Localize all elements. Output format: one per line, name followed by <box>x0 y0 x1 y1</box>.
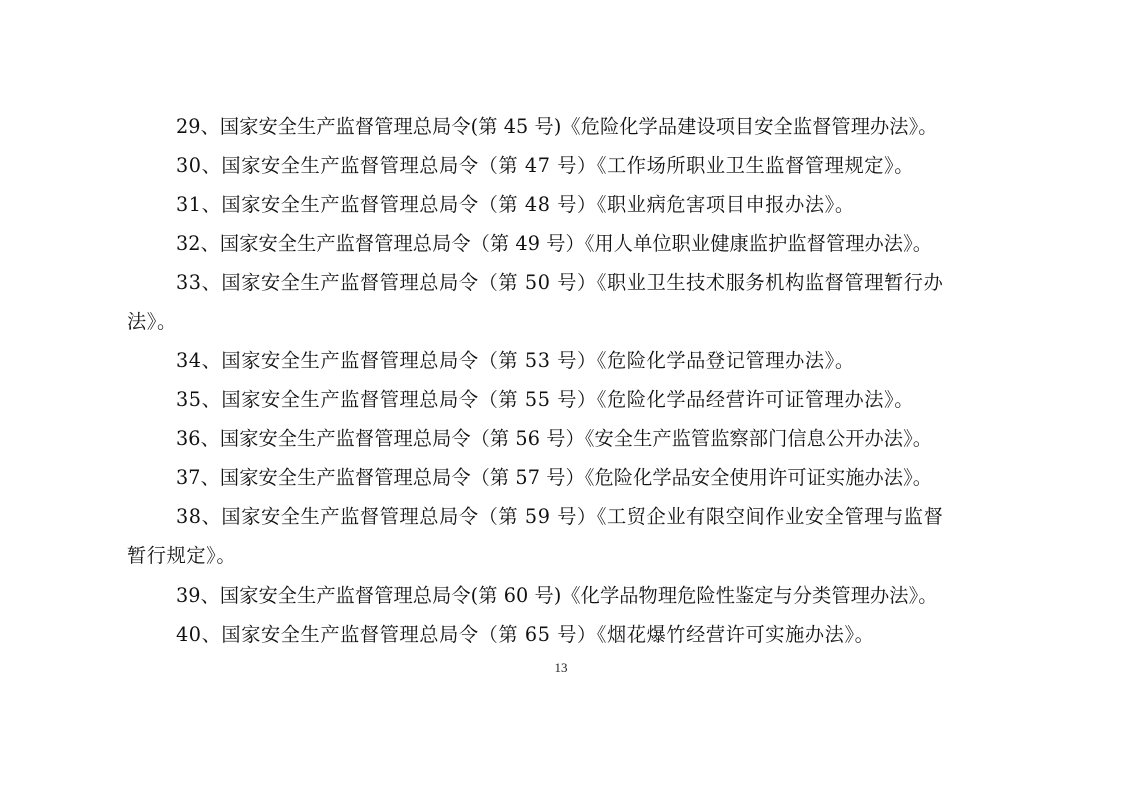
list-item-32: 32、国家安全生产监督管理总局令（第 49 号）《用人单位职业健康监护监督管理办… <box>176 229 968 259</box>
list-item-34: 34、国家安全生产监督管理总局令（第 53 号）《危险化学品登记管理办法》。 <box>176 346 968 376</box>
list-item-38-line1: 38、国家安全生产监督管理总局令（第 59 号）《工贸企业有限空间作业安全管理与… <box>176 502 968 532</box>
list-item-29: 29、国家安全生产监督管理总局令(第 45 号)《危险化学品建设项目安全监督管理… <box>176 112 968 142</box>
list-item-35: 35、国家安全生产监督管理总局令（第 55 号）《危险化学品经营许可证管理办法》… <box>176 385 968 415</box>
list-item-39: 39、国家安全生产监督管理总局令(第 60 号)《化学品物理危险性鉴定与分类管理… <box>176 581 968 611</box>
list-item-38-line2: 暂行规定》。 <box>127 541 967 571</box>
list-item-37: 37、国家安全生产监督管理总局令（第 57 号）《危险化学品安全使用许可证实施办… <box>176 463 968 493</box>
list-item-30: 30、国家安全生产监督管理总局令（第 47 号）《工作场所职业卫生监督管理规定》… <box>176 151 968 181</box>
list-item-33-line2: 法》。 <box>127 307 967 337</box>
list-item-33-line1: 33、国家安全生产监督管理总局令（第 50 号）《职业卫生技术服务机构监督管理暂… <box>176 268 968 298</box>
document-page: 29、国家安全生产监督管理总局令(第 45 号)《危险化学品建设项目安全监督管理… <box>0 0 1122 793</box>
page-number: 13 <box>0 659 1122 677</box>
list-item-40: 40、国家安全生产监督管理总局令（第 65 号）《烟花爆竹经营许可实施办法》。 <box>176 620 968 650</box>
list-item-31: 31、国家安全生产监督管理总局令（第 48 号）《职业病危害项目申报办法》。 <box>176 190 968 220</box>
list-item-36: 36、国家安全生产监督管理总局令（第 56 号）《安全生产监管监察部门信息公开办… <box>176 424 968 454</box>
